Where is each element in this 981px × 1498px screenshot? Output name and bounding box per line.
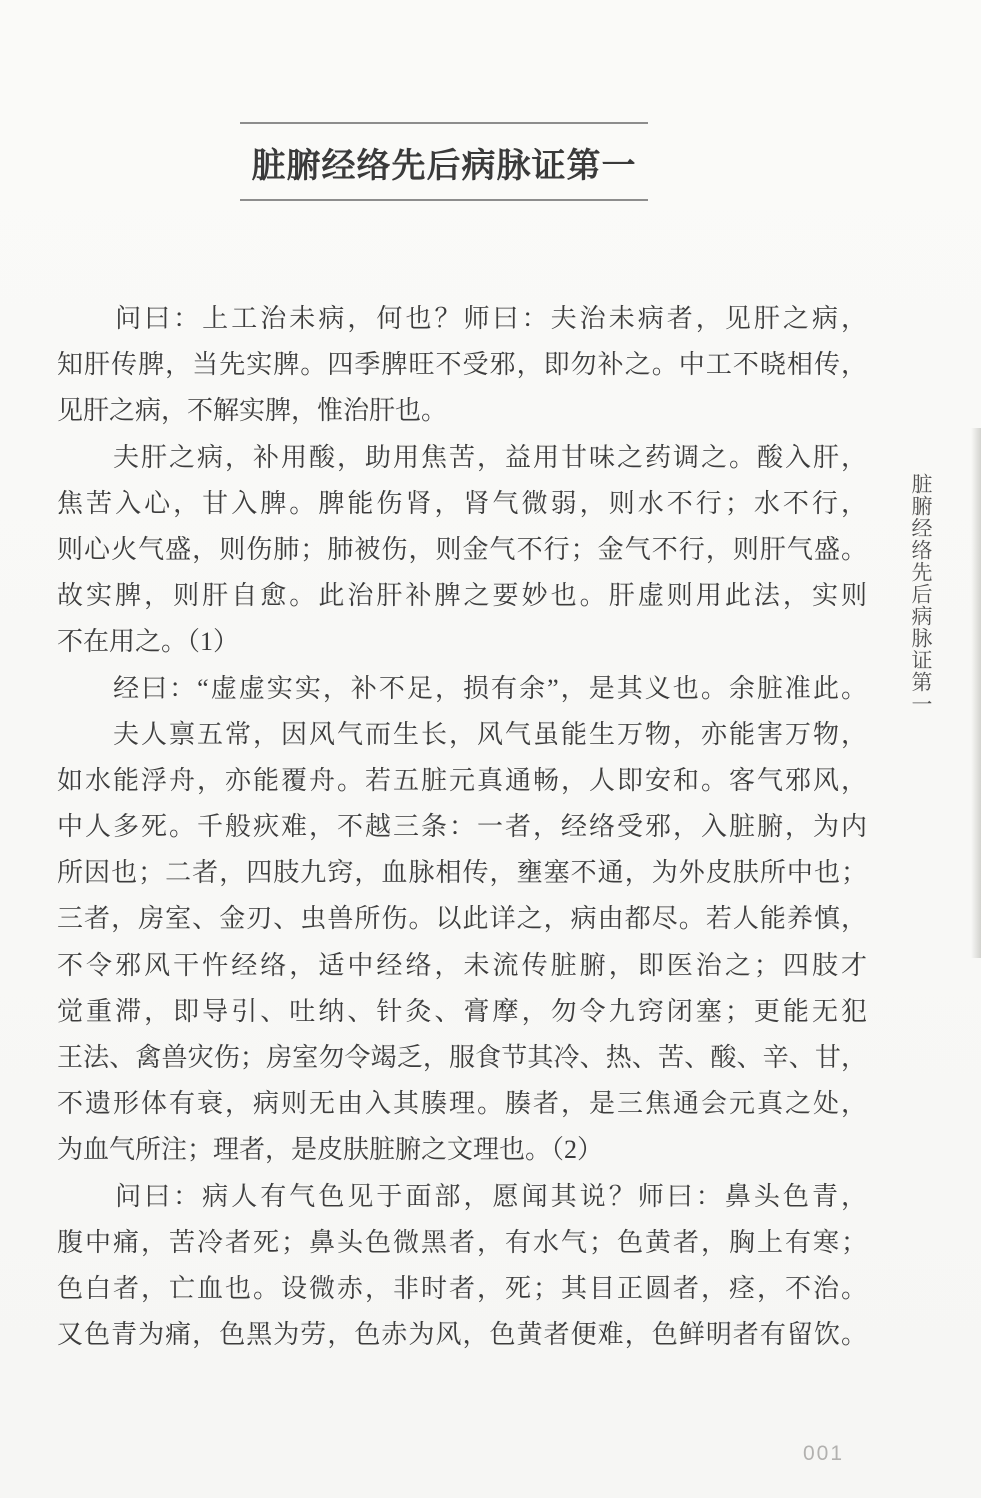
title-rule-bottom — [240, 199, 648, 201]
text-line: 故实脾，则肝自愈。此治肝补脾之要妙也。肝虚则用此法，实则 — [57, 573, 867, 619]
text-line: 所因也；二者，四肢九窍，血脉相传，壅塞不通，为外皮肤所中也； — [57, 850, 867, 896]
running-title-vertical: 脏腑经络先后病脉证第一 — [906, 473, 936, 715]
text-line: 不令邪风干忤经络，适中经络，未流传脏腑，即医治之；四肢才 — [57, 943, 867, 989]
text-line: 焦苦入心，甘入脾。脾能伤肾，肾气微弱，则水不行；水不行， — [57, 481, 867, 527]
text-line: 经曰：“虚虚实实，补不足，损有余”，是其义也。余脏准此。 — [57, 666, 867, 712]
text-line: 不遗形体有衰，病则无由入其腠理。腠者，是三焦通会元真之处， — [57, 1081, 867, 1127]
text-line: 色白者，亡血也。设微赤，非时者，死；其目正圆者，痉，不治。 — [57, 1266, 867, 1312]
chapter-title: 脏腑经络先后病脉证第一 — [232, 138, 656, 187]
text-line: 问曰：病人有气色见于面部，愿闻其说？师曰：鼻头色青， — [57, 1174, 867, 1220]
text-line: 问曰：上工治未病，何也？师曰：夫治未病者，见肝之病， — [57, 296, 867, 342]
text-line: 夫肝之病，补用酸，助用焦苦，益用甘味之药调之。酸入肝， — [57, 435, 867, 481]
body-text: 问曰：上工治未病，何也？师曰：夫治未病者，见肝之病，知肝传脾，当先实脾。四季脾旺… — [57, 296, 867, 1358]
text-line: 夫人禀五常，因风气而生长，风气虽能生万物，亦能害万物， — [57, 712, 867, 758]
text-line: 则心火气盛，则伤肺；肺被伤，则金气不行；金气不行，则肝气盛。 — [57, 527, 867, 573]
text-line: 为血气所注；理者，是皮肤脏腑之文理也。（2） — [57, 1127, 867, 1173]
text-line: 见肝之病，不解实脾，惟治肝也。 — [57, 388, 867, 434]
page-number: 001 — [803, 1442, 844, 1466]
book-page: 脏腑经络先后病脉证第一 问曰：上工治未病，何也？师曰：夫治未病者，见肝之病，知肝… — [0, 0, 981, 1498]
text-line: 觉重滞，即导引、吐纳、针灸、膏摩，勿令九窍闭塞；更能无犯 — [57, 989, 867, 1035]
text-line: 知肝传脾，当先实脾。四季脾旺不受邪，即勿补之。中工不晓相传， — [57, 342, 867, 388]
text-line: 王法、禽兽灾伤；房室勿令竭乏，服食节其冷、热、苦、酸、辛、甘， — [57, 1035, 867, 1081]
text-line: 中人多死。千般疢难，不越三条：一者，经络受邪，入脏腑，为内 — [57, 804, 867, 850]
title-rule-top — [240, 122, 648, 124]
text-line: 三者，房室、金刃、虫兽所伤。以此详之，病由都尽。若人能养慎， — [57, 896, 867, 942]
text-line: 不在用之。（1） — [57, 619, 867, 665]
text-line: 腹中痛，苦冷者死；鼻头色微黑者，有水气；色黄者，胸上有寒； — [57, 1220, 867, 1266]
scan-edge-shadow — [971, 428, 981, 958]
text-line: 如水能浮舟，亦能覆舟。若五脏元真通畅，人即安和。客气邪风， — [57, 758, 867, 804]
text-line: 又色青为痛，色黑为劳，色赤为风，色黄者便难，色鲜明者有留饮。 — [57, 1312, 867, 1358]
